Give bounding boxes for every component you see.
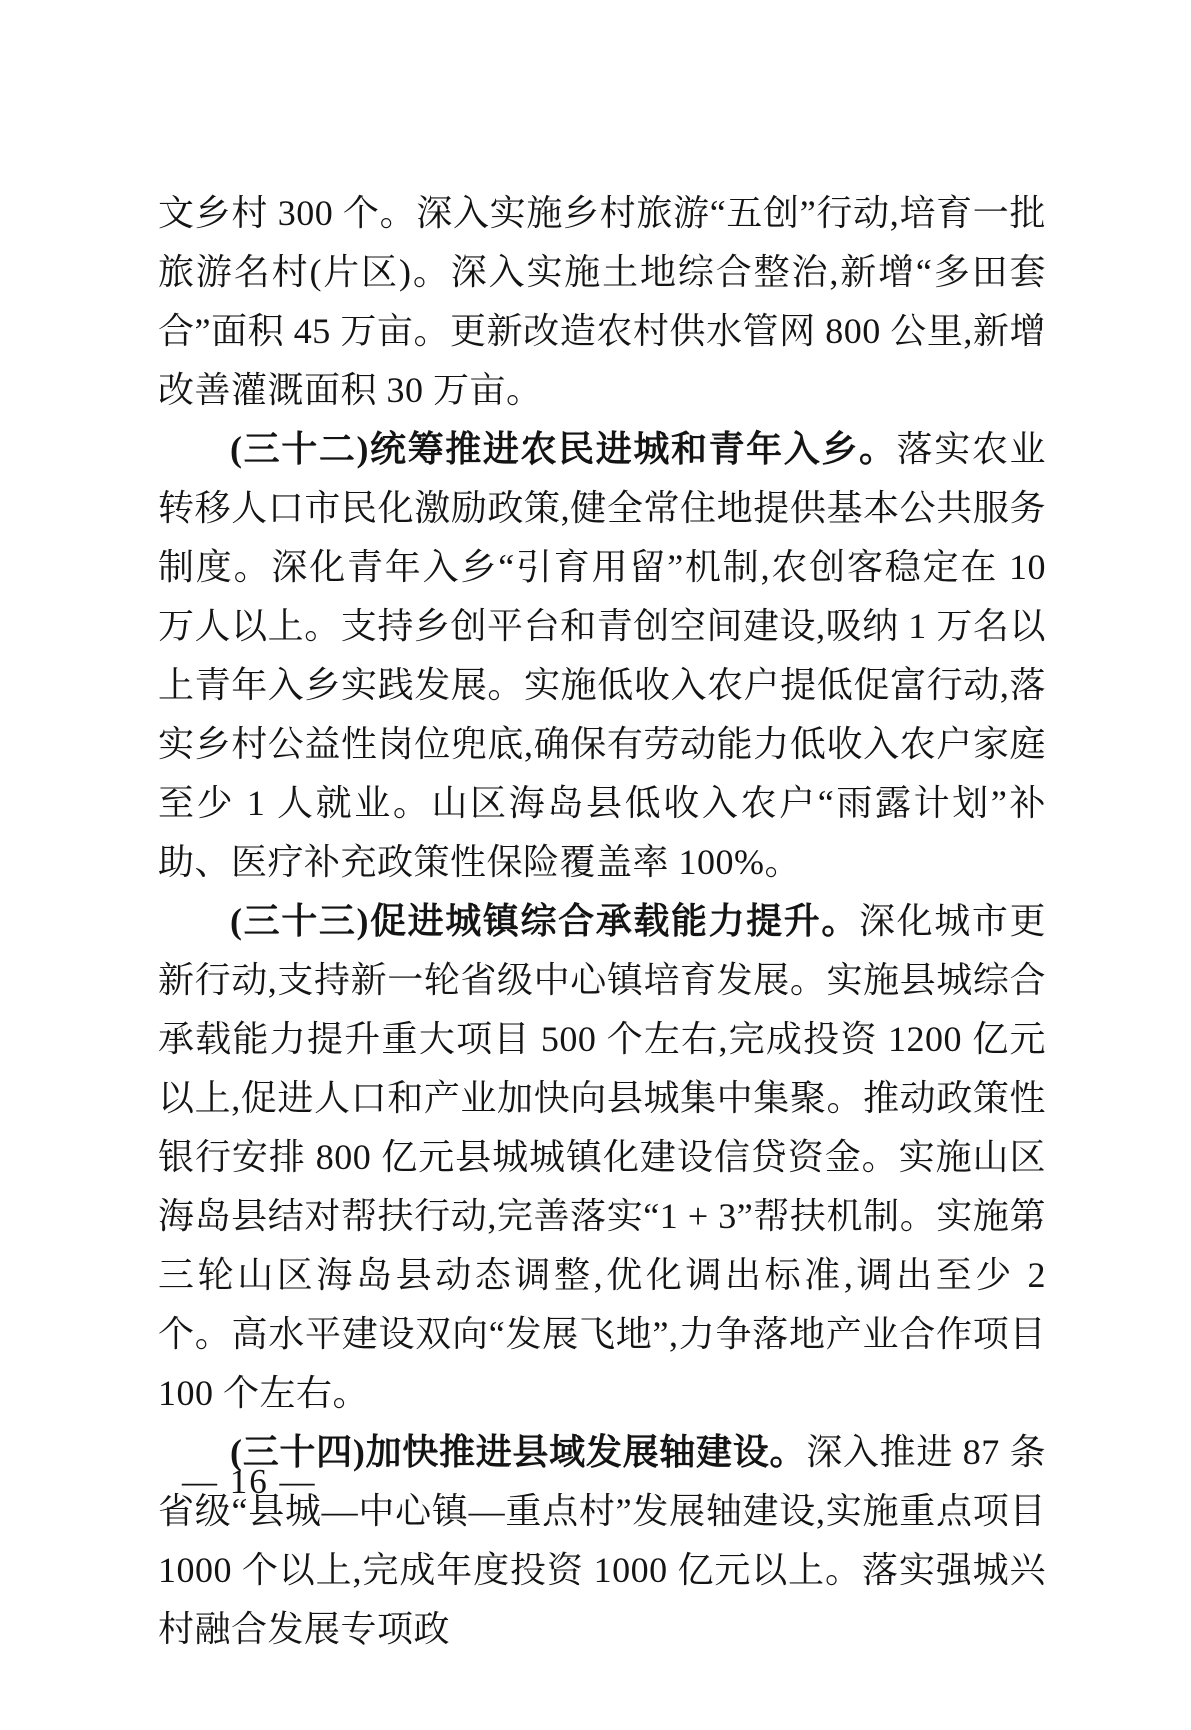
paragraph-text: 深化城市更新行动,支持新一轮省级中心镇培育发展。实施县城综合承载能力提升重大项目…: [158, 901, 1046, 1413]
paragraph-text: 落实农业转移人口市民化激励政策,健全常住地提供基本公共服务制度。深化青年入乡“引…: [158, 429, 1046, 882]
paragraph-text: 文乡村 300 个。深入实施乡村旅游“五创”行动,培育一批旅游名村(片区)。深入…: [158, 193, 1046, 410]
section-heading: (三十二)统筹推进农民进城和青年入乡。: [230, 429, 897, 469]
page-number: — 16 —: [182, 1462, 317, 1501]
paragraph-section-34: (三十四)加快推进县域发展轴建设。深入推进 87 条省级“县城—中心镇—重点村”…: [158, 1423, 1046, 1659]
page-body-text: 文乡村 300 个。深入实施乡村旅游“五创”行动,培育一批旅游名村(片区)。深入…: [158, 184, 1046, 1659]
paragraph-section-33: (三十三)促进城镇综合承载能力提升。深化城市更新行动,支持新一轮省级中心镇培育发…: [158, 892, 1046, 1423]
section-heading: (三十三)促进城镇综合承载能力提升。: [230, 901, 859, 941]
paragraph-continuation: 文乡村 300 个。深入实施乡村旅游“五创”行动,培育一批旅游名村(片区)。深入…: [158, 184, 1046, 420]
page-footer: — 16 —: [182, 1462, 317, 1502]
paragraph-section-32: (三十二)统筹推进农民进城和青年入乡。落实农业转移人口市民化激励政策,健全常住地…: [158, 420, 1046, 892]
